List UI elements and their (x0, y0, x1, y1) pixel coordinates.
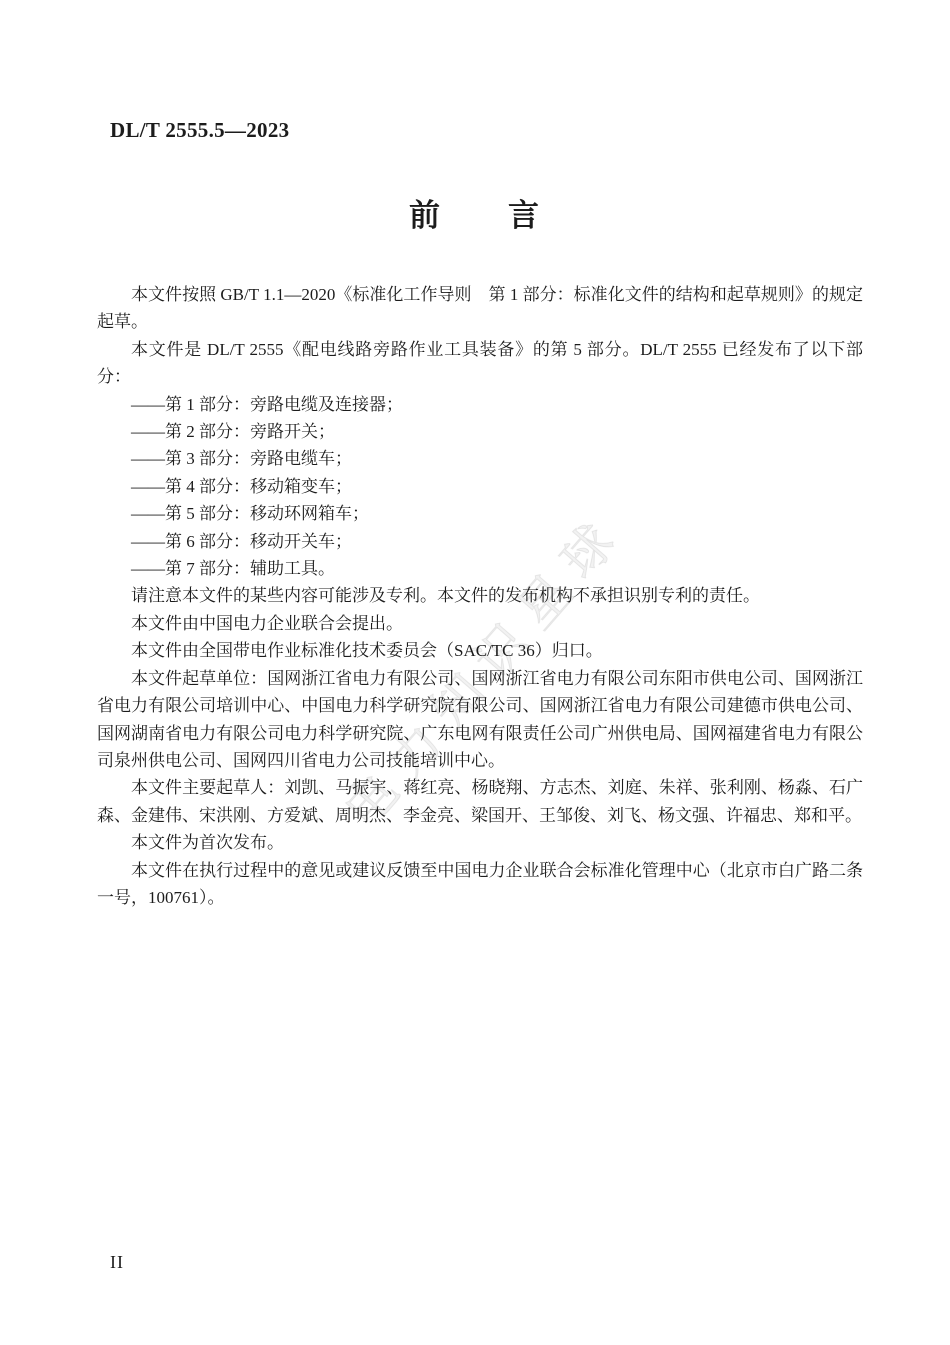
paragraph-drafting-organizations: 本文件起草单位：国网浙江省电力有限公司、国网浙江省电力有限公司东阳市供电公司、国… (97, 665, 863, 775)
paragraph-drafting-rules: 本文件按照 GB/T 1.1—2020《标准化工作导则 第 1 部分：标准化文件… (97, 281, 863, 336)
paragraph-proposed-by: 本文件由中国电力企业联合会提出。 (97, 610, 863, 637)
paragraph-feedback-address: 本文件在执行过程中的意见或建议反馈至中国电力企业联合会标准化管理中心（北京市白广… (97, 857, 863, 912)
list-item-part-5: ——第 5 部分：移动环网箱车； (97, 500, 863, 527)
list-item-part-6: ——第 6 部分：移动开关车； (97, 528, 863, 555)
list-item-part-7: ——第 7 部分：辅助工具。 (97, 555, 863, 582)
parts-list: ——第 1 部分：旁路电缆及连接器； ——第 2 部分：旁路开关； ——第 3 … (97, 391, 863, 583)
list-item-part-4: ——第 4 部分：移动箱变车； (97, 473, 863, 500)
page-title: 前 言 (0, 190, 950, 235)
paragraph-centralized-by: 本文件由全国带电作业标准化技术委员会（SAC/TC 36）归口。 (97, 637, 863, 664)
paragraph-first-publication: 本文件为首次发布。 (97, 829, 863, 856)
document-page: 电力知识星球 DL/T 2555.5—2023 前 言 本文件按照 GB/T 1… (0, 0, 950, 1345)
paragraph-patent-notice: 请注意本文件的某些内容可能涉及专利。本文件的发布机构不承担识别专利的责任。 (97, 582, 863, 609)
paragraph-main-drafters: 本文件主要起草人：刘凯、马振宇、蒋红亮、杨晓翔、方志杰、刘庭、朱祥、张利刚、杨淼… (97, 774, 863, 829)
list-item-part-1: ——第 1 部分：旁路电缆及连接器； (97, 391, 863, 418)
foreword-content: 本文件按照 GB/T 1.1—2020《标准化工作导则 第 1 部分：标准化文件… (97, 281, 863, 911)
list-item-part-2: ——第 2 部分：旁路开关； (97, 418, 863, 445)
paragraph-series-intro: 本文件是 DL/T 2555《配电线路旁路作业工具装备》的第 5 部分。DL/T… (97, 336, 863, 391)
list-item-part-3: ——第 3 部分：旁路电缆车； (97, 445, 863, 472)
page-number: II (110, 1252, 124, 1273)
standard-number: DL/T 2555.5—2023 (110, 118, 289, 143)
